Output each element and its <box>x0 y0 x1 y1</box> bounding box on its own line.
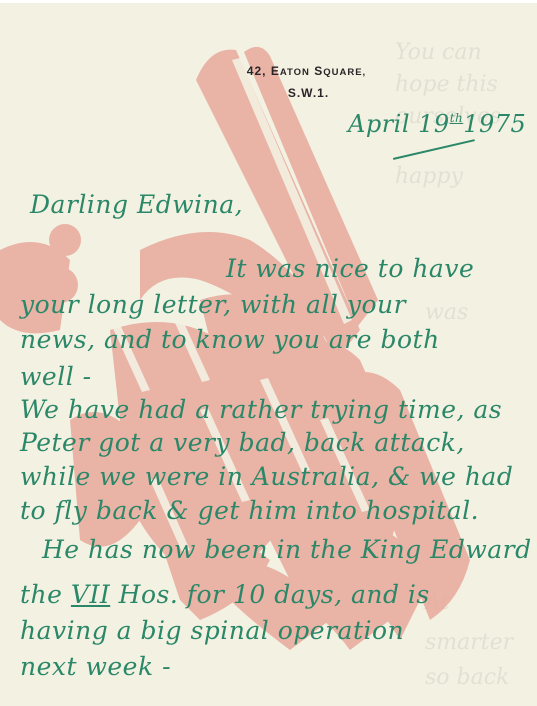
address-initial: E <box>271 64 280 78</box>
roman-numeral-underlined: VII <box>71 580 110 609</box>
letter-page: You can hope this ourselves happy was At… <box>0 0 537 706</box>
letter-line: the VII Hos. for 10 days, and is <box>20 580 430 609</box>
letter-line: Peter got a very bad, back attack, <box>20 428 465 457</box>
letter-line: while we were in Australia, & we had <box>20 462 513 491</box>
letter-line: We have had a rather trying time, as <box>20 395 502 424</box>
letter-line: well - <box>20 362 92 391</box>
letter-line: next week - <box>20 652 171 681</box>
letterhead-postcode: S.W.1. <box>40 86 537 100</box>
show-through-text: happy <box>395 164 463 189</box>
show-through-text: was <box>425 300 468 325</box>
letter-line: your long letter, with all your <box>20 290 406 319</box>
show-through-text: smarter <box>425 630 513 655</box>
page-top-edge <box>0 0 537 3</box>
letter-line: He has now been in the King Edward <box>42 535 532 564</box>
address-number: 42, <box>247 64 267 78</box>
letterhead-address: 42, EATON SQUARE, <box>38 64 537 78</box>
letter-word: Hos. for 10 days, and is <box>119 580 430 609</box>
date-month-day: April 19 <box>348 110 450 138</box>
letter-line: to fly back & get him into hospital. <box>20 496 479 525</box>
letter-date: April 19th1975 <box>348 110 526 138</box>
letter-line: news, and to know you are both <box>20 325 440 354</box>
address-word: ATON <box>280 67 310 78</box>
date-year: 1975 <box>463 110 526 138</box>
letter-word: the <box>20 580 62 609</box>
date-ordinal: th <box>450 111 464 125</box>
letter-line: It was nice to have <box>226 254 474 283</box>
salutation: Darling Edwina, <box>30 190 243 219</box>
show-through-text: so back <box>425 665 509 690</box>
date-underline <box>393 139 475 160</box>
address-initial: S <box>314 64 323 78</box>
letter-line: having a big spinal operation <box>20 616 404 645</box>
address-word: QUARE, <box>323 67 366 78</box>
show-through-text: You can <box>395 40 482 65</box>
